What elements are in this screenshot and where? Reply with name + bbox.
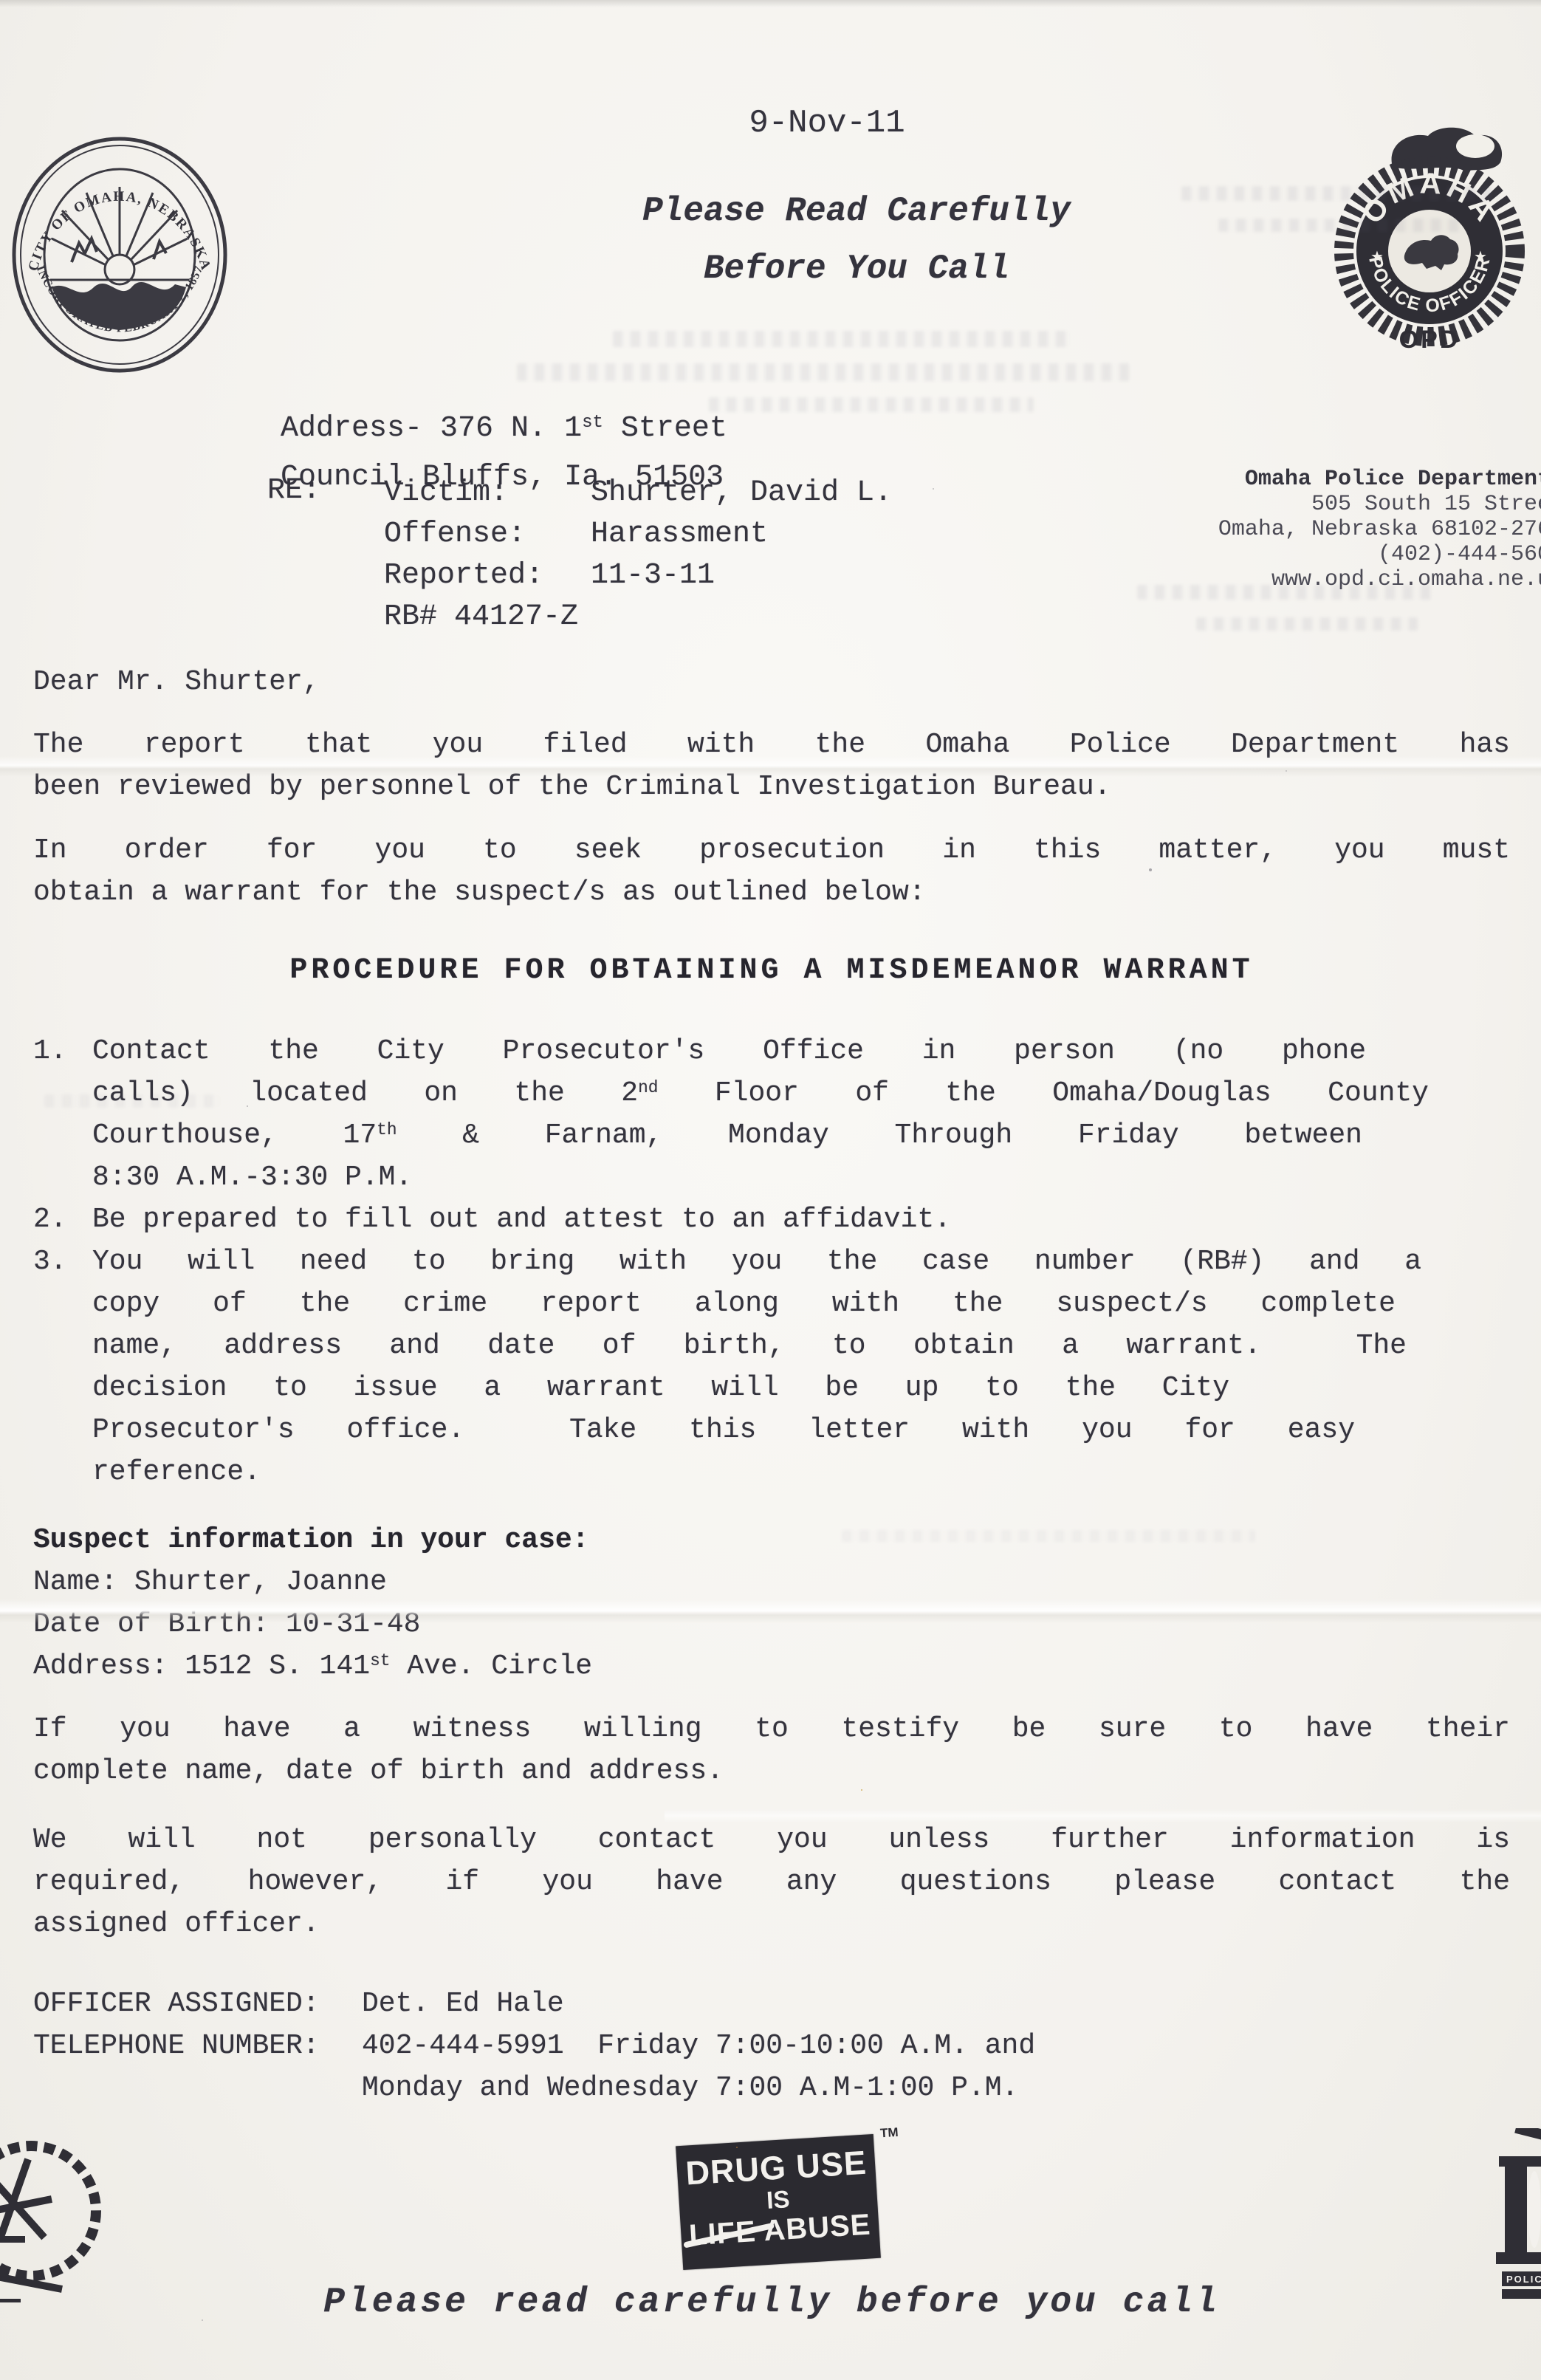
list-item-line: calls) located on the 2nd Floor of the O… bbox=[92, 1076, 1429, 1111]
scan-speck-artifacts bbox=[0, 0, 3, 3]
body-line: In order for you to seek prosecution in … bbox=[33, 833, 1510, 868]
struck-word-life: LIFE bbox=[688, 2215, 757, 2252]
body-line: We will not personally contact you unles… bbox=[33, 1822, 1510, 1858]
paper-crease bbox=[665, 1809, 1541, 1822]
opd-address-block: Omaha Police Department 505 South 15 Str… bbox=[1034, 467, 1541, 592]
re-row-reported: Reported:11-3-11 bbox=[384, 555, 892, 597]
svg-text:POLICE: POLICE bbox=[1506, 2274, 1541, 2285]
body-line: complete name, date of birth and address… bbox=[33, 1754, 724, 1789]
bleed-through-artifact bbox=[613, 331, 1071, 347]
partial-pillar-emblem-icon: POLICE bbox=[1493, 2128, 1541, 2305]
list-number: 2. bbox=[33, 1202, 67, 1238]
bleed-through-artifact bbox=[1218, 219, 1462, 232]
footer-notice: Please read carefully before you call bbox=[33, 2280, 1510, 2325]
opd-address-line: 505 South 15 Stree bbox=[1034, 492, 1541, 517]
body-line: been reviewed by personnel of the Crimin… bbox=[33, 769, 1111, 805]
list-item-line: Courthouse, 17th & Farnam, Monday Throug… bbox=[92, 1118, 1362, 1153]
list-item-line: copy of the crime report along with the … bbox=[92, 1286, 1396, 1322]
body-line: If you have a witness willing to testify… bbox=[33, 1712, 1510, 1747]
bleed-through-artifact bbox=[1181, 186, 1492, 201]
body-line: obtain a warrant for the suspect/s as ou… bbox=[33, 875, 926, 910]
scanned-letter-page: CITY OF OMAHA, NEBRASKA INCORPORATED FEB… bbox=[0, 0, 1541, 2380]
bleed-through-artifact bbox=[44, 1094, 222, 1108]
re-fields: Victim:Shurter, David L. Offense:Harassm… bbox=[384, 473, 892, 638]
re-row-victim: Victim:Shurter, David L. bbox=[384, 473, 892, 514]
re-label: RE: bbox=[267, 473, 320, 510]
list-number: 1. bbox=[33, 1034, 67, 1069]
officer-assigned-row: OFFICER ASSIGNED:Det. Ed Hale bbox=[33, 1986, 564, 2022]
body-line: assigned officer. bbox=[33, 1907, 320, 1942]
svg-text:OPD: OPD bbox=[1399, 326, 1461, 353]
list-item-line: You will need to bring with you the case… bbox=[92, 1244, 1421, 1280]
suspect-info-heading: Suspect information in your case: bbox=[33, 1523, 589, 1558]
procedure-heading: PROCEDURE FOR OBTAINING A MISDEMEANOR WA… bbox=[33, 953, 1510, 990]
list-item-line: Contact the City Prosecutor's Office in … bbox=[92, 1034, 1366, 1069]
bleed-through-artifact bbox=[709, 397, 1034, 412]
bleed-through-artifact bbox=[1137, 585, 1432, 600]
scan-edge-artifact bbox=[0, 0, 1541, 7]
omaha-police-badge-icon: OMAHA POLICE OFFICER ★ ★ OPD bbox=[1319, 124, 1540, 353]
list-number: 3. bbox=[33, 1244, 67, 1280]
letter-date: 9-Nov-11 bbox=[89, 103, 1541, 144]
drug-use-is-life-abuse-logo: DRUG USE IS LIFE ABUSE TM bbox=[676, 2134, 881, 2270]
list-item-line: reference. bbox=[92, 1455, 261, 1490]
re-row-offense: Offense:Harassment bbox=[384, 514, 892, 555]
list-item-line: Prosecutor's office. Take this letter wi… bbox=[92, 1413, 1355, 1448]
opd-address-line: (402)-444-560 bbox=[1034, 542, 1541, 567]
bleed-through-artifact bbox=[1196, 617, 1418, 631]
body-line: required, however, if you have any quest… bbox=[33, 1865, 1510, 1900]
list-item-line: 8:30 A.M.-3:30 P.M. bbox=[92, 1160, 412, 1196]
bleed-through-artifact bbox=[842, 1530, 1255, 1542]
trademark-symbol: TM bbox=[879, 2125, 899, 2141]
re-row-rb: RB#44127-Z bbox=[384, 597, 892, 638]
telephone-row: TELEPHONE NUMBER:402-444-5991 Friday 7:0… bbox=[33, 2029, 1035, 2064]
list-item-line: name, address and date of birth, to obta… bbox=[92, 1328, 1407, 1364]
telephone-hours-continued: Monday and Wednesday 7:00 A.M-1:00 P.M. bbox=[362, 2071, 1018, 2106]
opd-address-line: Omaha, Nebraska 68102-276 bbox=[1034, 517, 1541, 542]
list-item-line: decision to issue a warrant will be up t… bbox=[92, 1371, 1229, 1406]
suspect-name: Name: Shurter, Joanne bbox=[33, 1565, 387, 1600]
bleed-through-artifact bbox=[517, 363, 1130, 381]
list-item-line: Be prepared to fill out and attest to an… bbox=[92, 1202, 951, 1238]
return-address-line1: Address- 376 N. 1st Street bbox=[281, 411, 727, 447]
letter-title-line2: Before You Call bbox=[118, 248, 1541, 291]
opd-address-line: Omaha Police Department bbox=[1034, 467, 1541, 492]
salutation: Dear Mr. Shurter, bbox=[33, 665, 320, 700]
suspect-address: Address: 1512 S. 141st Ave. Circle bbox=[33, 1649, 592, 1684]
body-line: The report that you filed with the Omaha… bbox=[33, 727, 1510, 763]
suspect-dob: Date of Birth: 10-31-48 bbox=[33, 1607, 421, 1642]
